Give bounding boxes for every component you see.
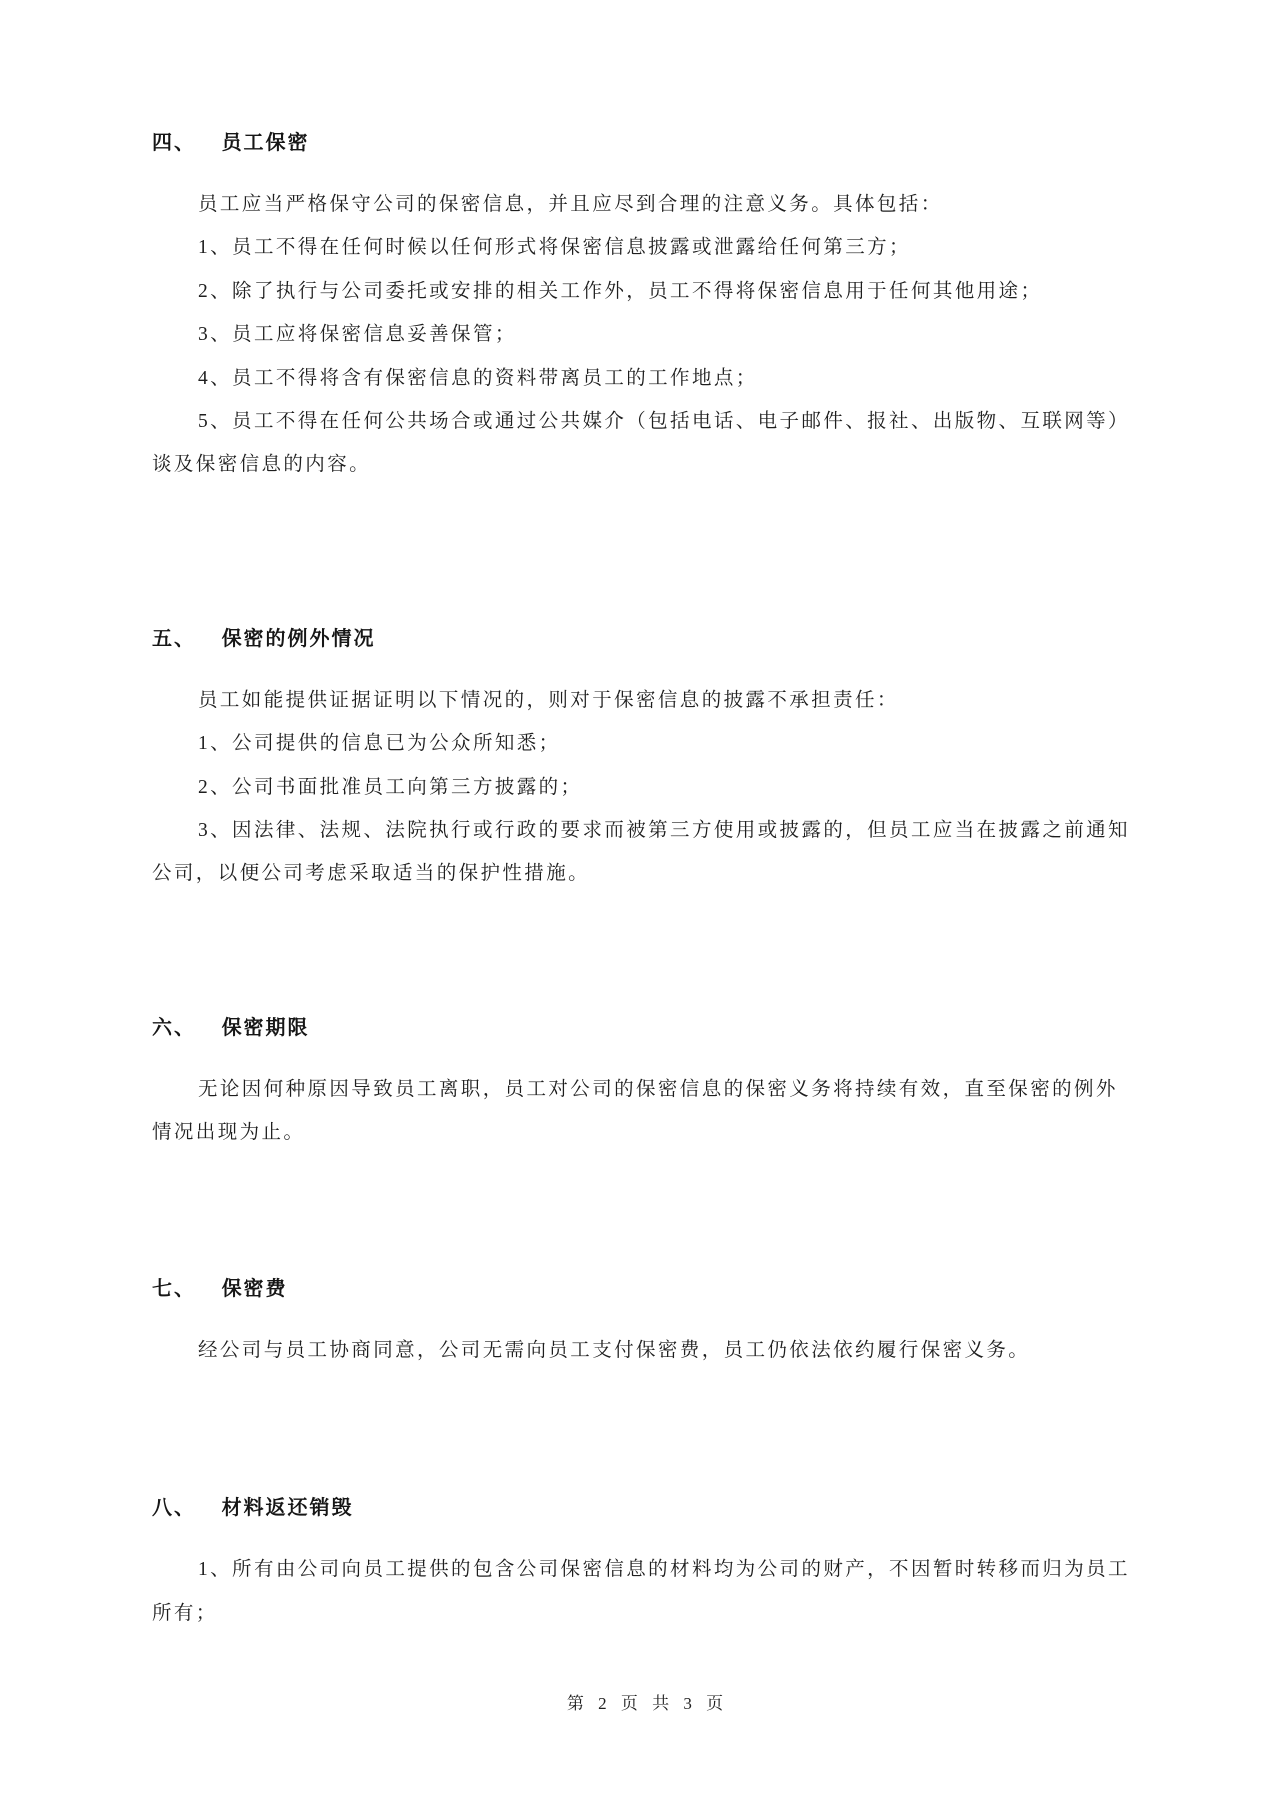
text-line: 2、除了执行与公司委托或安排的相关工作外，员工不得将保密信息用于任何其他用途； bbox=[152, 270, 1140, 313]
section-number: 四、 bbox=[152, 131, 196, 155]
text-line: 1、员工不得在任何时候以任何形式将保密信息披露或泄露给任何第三方； bbox=[152, 226, 1140, 269]
section-title: 保密费 bbox=[222, 1278, 288, 1300]
section-confidentiality-term: 六、 保密期限 无论因何种原因导致员工离职，员工对公司的保密信息的保密义务将持续… bbox=[152, 1016, 1140, 1155]
section-body: 员工如能提供证据证明以下情况的，则对于保密信息的披露不承担责任： 1、公司提供的… bbox=[152, 679, 1140, 896]
section-title: 保密的例外情况 bbox=[222, 628, 376, 650]
section-heading: 七、 保密费 bbox=[152, 1277, 1140, 1301]
section-heading: 四、 员工保密 bbox=[152, 131, 1140, 155]
section-title: 员工保密 bbox=[222, 132, 310, 154]
section-number: 八、 bbox=[152, 1496, 196, 1520]
text-line: 经公司与员工协商同意，公司无需向员工支付保密费，员工仍依法依约履行保密义务。 bbox=[152, 1329, 1140, 1372]
text-line: 无论因何种原因导致员工离职，员工对公司的保密信息的保密义务将持续有效，直至保密的… bbox=[152, 1068, 1140, 1111]
text-line: 3、因法律、法规、法院执行或行政的要求而被第三方使用或披露的，但员工应当在披露之… bbox=[152, 809, 1140, 852]
text-line: 1、公司提供的信息已为公众所知悉； bbox=[152, 722, 1140, 765]
document-page: 四、 员工保密 员工应当严格保守公司的保密信息，并且应尽到合理的注意义务。具体包… bbox=[0, 0, 1280, 1810]
text-line: 员工如能提供证据证明以下情况的，则对于保密信息的披露不承担责任： bbox=[152, 679, 1140, 722]
section-title: 保密期限 bbox=[222, 1017, 310, 1039]
text-line: 员工应当严格保守公司的保密信息，并且应尽到合理的注意义务。具体包括： bbox=[152, 183, 1140, 226]
section-heading: 八、 材料返还销毁 bbox=[152, 1496, 1140, 1520]
section-heading: 六、 保密期限 bbox=[152, 1016, 1140, 1040]
section-body: 无论因何种原因导致员工离职，员工对公司的保密信息的保密义务将持续有效，直至保密的… bbox=[152, 1068, 1140, 1155]
section-body: 1、所有由公司向员工提供的包含公司保密信息的材料均为公司的财产，不因暂时转移而归… bbox=[152, 1548, 1140, 1635]
section-body: 员工应当严格保守公司的保密信息，并且应尽到合理的注意义务。具体包括： 1、员工不… bbox=[152, 183, 1140, 487]
section-employee-confidentiality: 四、 员工保密 员工应当严格保守公司的保密信息，并且应尽到合理的注意义务。具体包… bbox=[152, 131, 1140, 487]
section-number: 六、 bbox=[152, 1016, 196, 1040]
text-line: 2、公司书面批准员工向第三方披露的； bbox=[152, 766, 1140, 809]
section-material-return-destruction: 八、 材料返还销毁 1、所有由公司向员工提供的包含公司保密信息的材料均为公司的财… bbox=[152, 1496, 1140, 1635]
text-line: 公司，以便公司考虑采取适当的保护性措施。 bbox=[152, 852, 1140, 895]
text-line: 所有； bbox=[152, 1592, 1140, 1635]
section-confidentiality-fee: 七、 保密费 经公司与员工协商同意，公司无需向员工支付保密费，员工仍依法依约履行… bbox=[152, 1277, 1140, 1372]
text-line: 3、员工应将保密信息妥善保管； bbox=[152, 313, 1140, 356]
text-line: 5、员工不得在任何公共场合或通过公共媒介（包括电话、电子邮件、报社、出版物、互联… bbox=[152, 400, 1140, 443]
section-confidentiality-exceptions: 五、 保密的例外情况 员工如能提供证据证明以下情况的，则对于保密信息的披露不承担… bbox=[152, 627, 1140, 896]
section-title: 材料返还销毁 bbox=[222, 1497, 354, 1519]
section-number: 七、 bbox=[152, 1277, 196, 1301]
section-heading: 五、 保密的例外情况 bbox=[152, 627, 1140, 651]
text-line: 1、所有由公司向员工提供的包含公司保密信息的材料均为公司的财产，不因暂时转移而归… bbox=[152, 1548, 1140, 1591]
section-number: 五、 bbox=[152, 627, 196, 651]
text-line: 4、员工不得将含有保密信息的资料带离员工的工作地点； bbox=[152, 357, 1140, 400]
page-number-footer: 第 2 页 共 3 页 bbox=[152, 1689, 1140, 1714]
section-body: 经公司与员工协商同意，公司无需向员工支付保密费，员工仍依法依约履行保密义务。 bbox=[152, 1329, 1140, 1372]
text-line: 谈及保密信息的内容。 bbox=[152, 443, 1140, 486]
text-line: 情况出现为止。 bbox=[152, 1111, 1140, 1154]
